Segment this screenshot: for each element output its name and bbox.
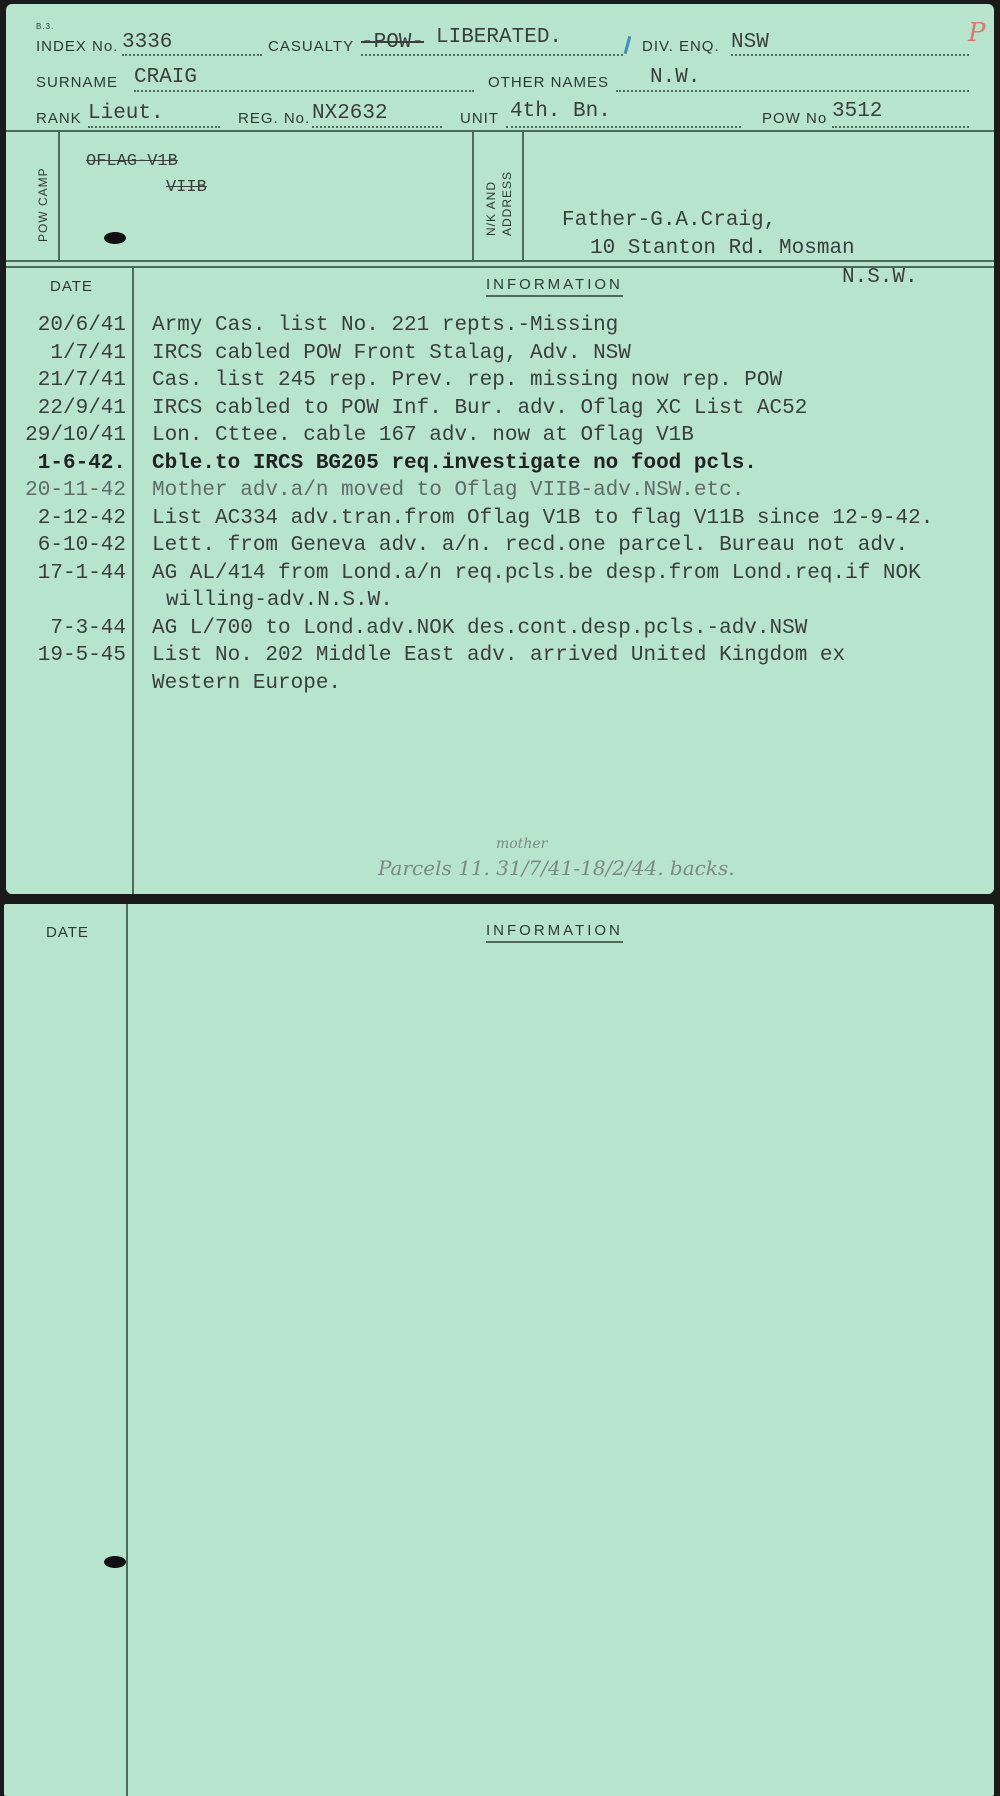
nk-label-line1: N/K AND [484, 181, 498, 236]
entry-date: 7-3-44 [50, 617, 126, 640]
entry-info: Lett. from Geneva adv. a/n. recd.one par… [152, 534, 908, 557]
casualty-label: CASUALTY [268, 38, 354, 55]
record-card-front: B.3. P INDEX No. 3336 CASUALTY -POW- LIB… [6, 4, 994, 894]
pow-camp-label: POW CAMP [36, 167, 50, 242]
pow-camp-line2: VIIB [166, 178, 207, 197]
entry-date: 17-1-44 [38, 562, 126, 585]
punch-hole [104, 232, 126, 244]
nk-address-line2: 10 Stanton Rd. Mosman [590, 237, 855, 260]
form-code: B.3. [36, 22, 54, 31]
entry-date: 29/10/41 [25, 424, 126, 447]
rank-label: RANK [36, 110, 82, 127]
entry-info: Mother adv.a/n moved to Oflag VIIB-adv.N… [152, 479, 744, 502]
entry-info: willing-adv.N.S.W. [166, 589, 393, 612]
punch-hole [104, 1556, 126, 1568]
entry-info: Cas. list 245 rep. Prev. rep. missing no… [152, 369, 782, 392]
casualty-value: LIBERATED. [436, 26, 562, 49]
pow-camp-line1: OFLAG-V1B [86, 152, 178, 171]
entry-info: IRCS cabled to POW Inf. Bur. adv. Oflag … [152, 397, 807, 420]
date-header: DATE [50, 278, 93, 295]
entry-info: IRCS cabled POW Front Stalag, Adv. NSW [152, 342, 631, 365]
entry-date: 20-11-42 [25, 479, 126, 502]
entry-info: List AC334 adv.tran.from Oflag V1B to fl… [152, 507, 933, 530]
pow-no-label: POW No [762, 110, 827, 127]
pencil-note: Parcels 11. 31/7/41-18/2/44. backs. [378, 856, 735, 880]
index-no-value: 3336 [122, 31, 172, 54]
reg-no-value: NX2632 [312, 102, 388, 125]
nk-address-line1: Father-G.A.Craig, [562, 209, 776, 232]
pencil-note-above: mother [496, 836, 547, 852]
entry-date: 21/7/41 [38, 369, 126, 392]
entry-info: Cble.to IRCS BG205 req.investigate no fo… [152, 452, 757, 475]
entry-info: Western Europe. [152, 672, 341, 695]
pow-no-value: 3512 [832, 100, 882, 123]
other-names-value: N.W. [650, 66, 700, 89]
entry-date: 1/7/41 [50, 342, 126, 365]
index-no-label: INDEX No. [36, 38, 118, 55]
entry-info: AG AL/414 from Lond.a/n req.pcls.be desp… [152, 562, 921, 585]
entry-date: 2-12-42 [38, 507, 126, 530]
surname-label: SURNAME [36, 74, 118, 91]
entry-info: AG L/700 to Lond.adv.NOK des.cont.desp.p… [152, 617, 807, 640]
red-corner-mark: P [968, 18, 986, 48]
casualty-struck-value: -POW- [361, 31, 424, 54]
entry-date: 20/6/41 [38, 314, 126, 337]
blue-tick-mark [624, 36, 632, 54]
other-names-label: OTHER NAMES [488, 74, 609, 91]
back-information-header: INFORMATION [486, 922, 623, 943]
nk-address-line3: N.S.W. [842, 266, 918, 289]
entry-date: 1-6-42. [38, 452, 126, 475]
entry-date: 19-5-45 [38, 644, 126, 667]
information-header: INFORMATION [486, 276, 623, 297]
entry-date: 6-10-42 [38, 534, 126, 557]
entry-info: List No. 202 Middle East adv. arrived Un… [152, 644, 845, 667]
unit-label: UNIT [460, 110, 499, 127]
entry-date: 22/9/41 [38, 397, 126, 420]
reg-no-label: REG. No. [238, 110, 310, 127]
back-date-header: DATE [46, 924, 89, 941]
surname-value: CRAIG [134, 66, 197, 89]
entry-info: Lon. Cttee. cable 167 adv. now at Oflag … [152, 424, 694, 447]
record-card-back: DATE INFORMATION [4, 904, 994, 1796]
div-enq-value: NSW [731, 31, 769, 54]
nk-label-line2: ADDRESS [500, 171, 514, 236]
div-enq-label: DIV. ENQ. [642, 38, 720, 55]
unit-value: 4th. Bn. [510, 100, 611, 123]
entry-info: Army Cas. list No. 221 repts.-Missing [152, 314, 618, 337]
rank-value: Lieut. [88, 102, 164, 125]
